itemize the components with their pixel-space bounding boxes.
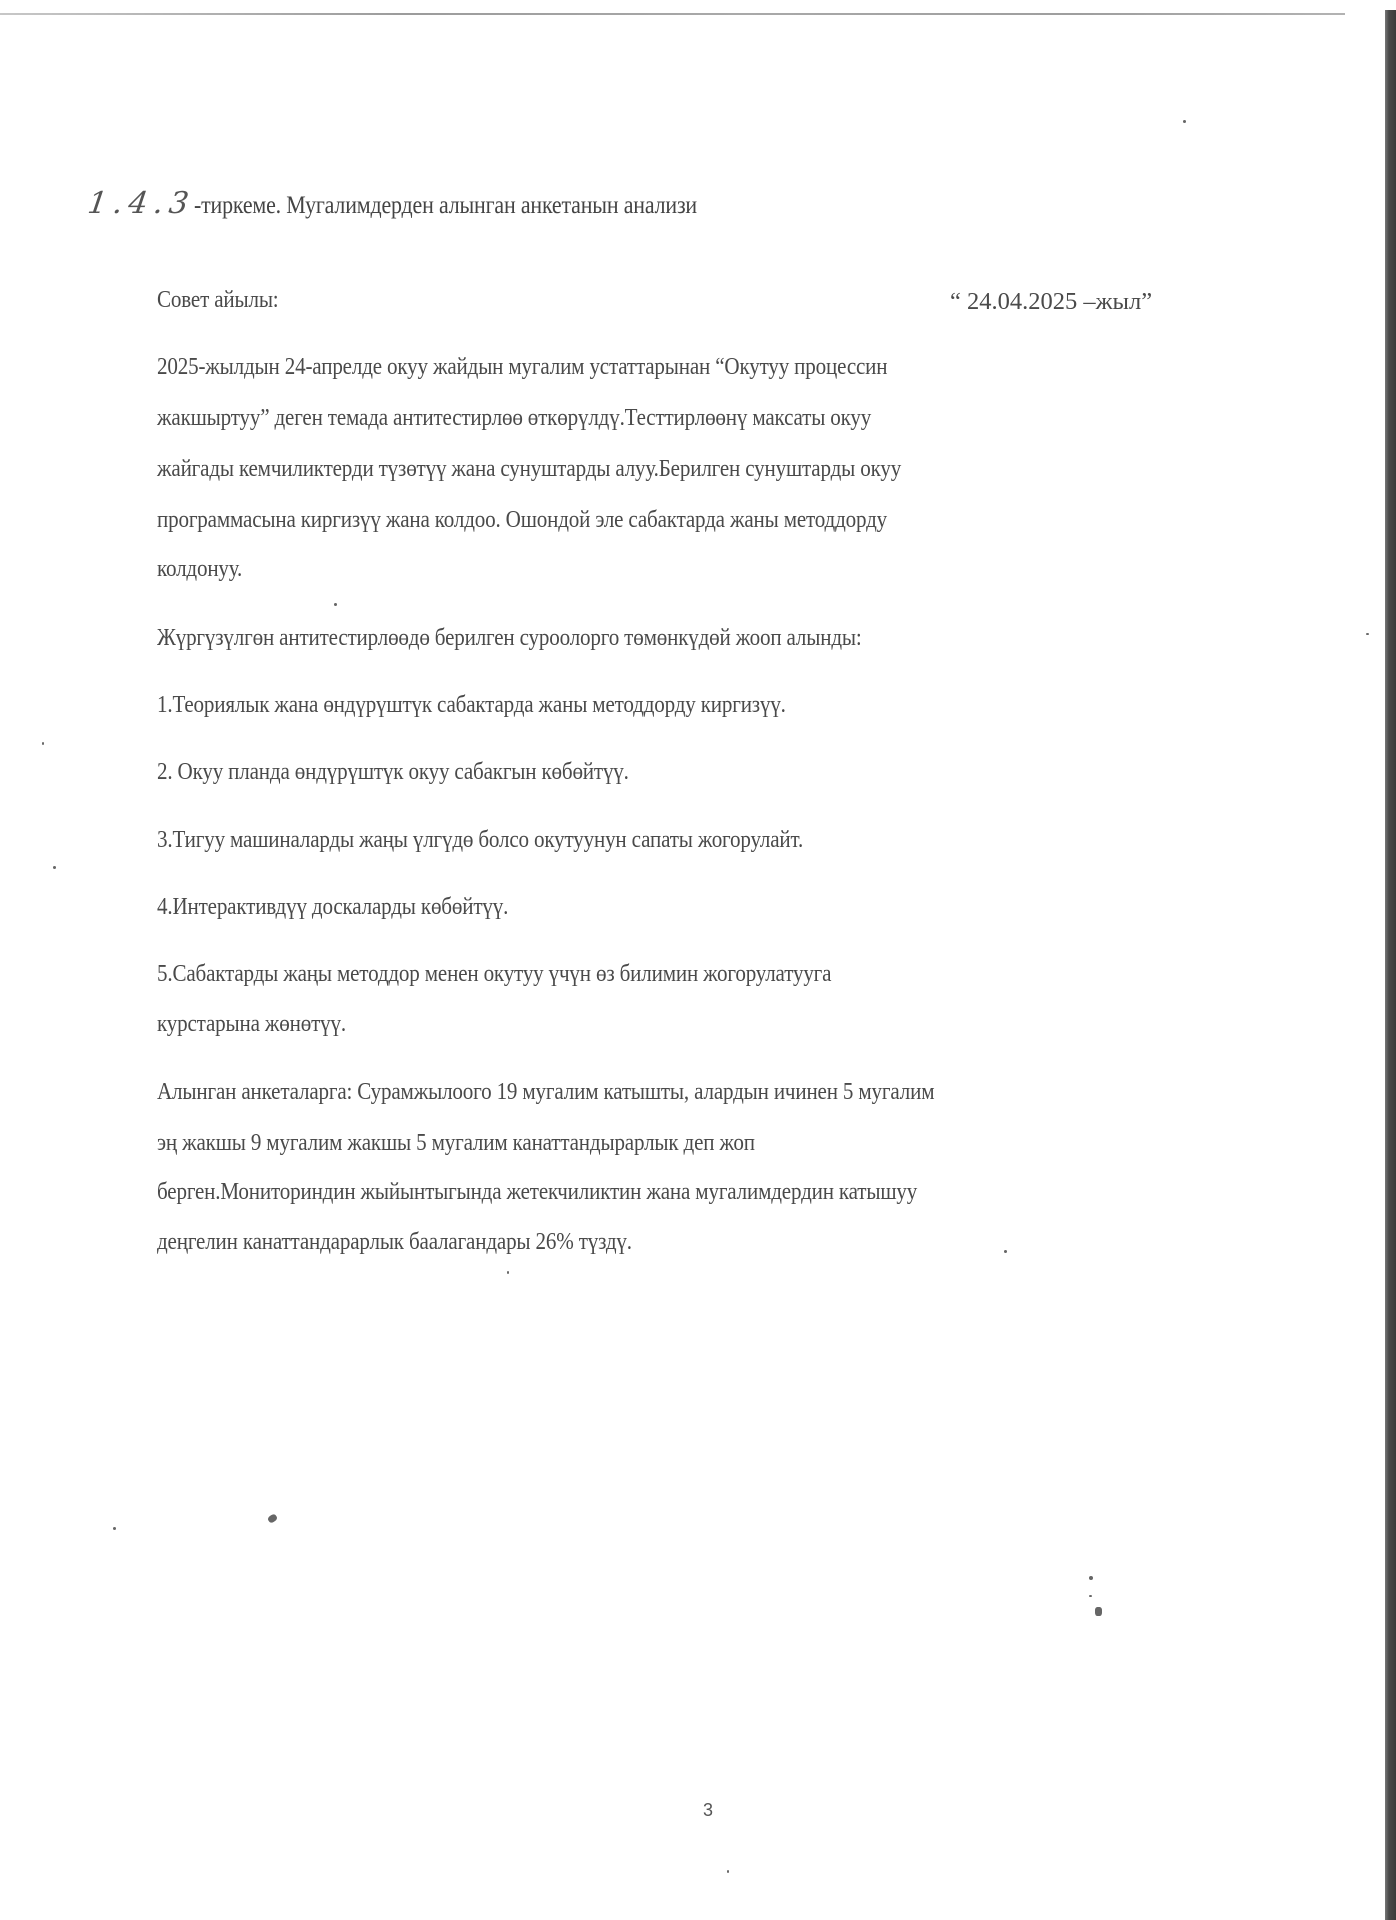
summary-line: эң жакшы 9 мугалим жакшы 5 мугалим канат… xyxy=(157,1131,755,1156)
scan-speck xyxy=(334,603,337,606)
answer-item: 5.Сабактарды жаңы методдор менен окутуу … xyxy=(157,962,831,987)
scan-speck xyxy=(113,1527,116,1530)
answer-item-continuation: курстарына жөнөтүү. xyxy=(157,1012,346,1037)
location-label: Совет айылы: xyxy=(157,288,278,313)
document-date: “ 24.04.2025 –жыл” xyxy=(950,288,1152,316)
title-text: -тиркеме. Мугалимдерден алынган анкетаны… xyxy=(194,190,697,220)
answer-item: 4.Интерактивдүү доскаларды көбөйтүү. xyxy=(157,895,508,920)
summary-line: берген.Мониториндин жыйынтыгында жетекчи… xyxy=(157,1180,917,1205)
intro-line: жайгады кемчиликтерди түзөтүү жана сунуш… xyxy=(157,457,901,482)
scan-speck xyxy=(1366,633,1369,635)
intro-line: программасына киргизүү жана колдоо. Ошон… xyxy=(157,508,887,533)
answers-intro: Жүргүзүлгөн антитестирлөөдө берилген сур… xyxy=(157,626,862,651)
page-number: 3 xyxy=(703,1800,713,1821)
answer-item: 1.Теориялык жана өндүрүштүк сабактарда ж… xyxy=(157,693,786,718)
scan-dark-edge xyxy=(1385,10,1396,1920)
answer-item: 2. Окуу планда өндүрүштүк окуу сабакгын … xyxy=(157,760,629,785)
scan-speck xyxy=(1095,1607,1102,1616)
scan-speck xyxy=(53,866,56,869)
summary-line: Алынган анкеталарга: Сурамжылоого 19 муг… xyxy=(157,1080,934,1105)
scan-speck xyxy=(507,1271,509,1274)
scan-speck xyxy=(42,742,44,745)
intro-line: жакшыртуу” деген темада антитестирлөө өт… xyxy=(157,406,871,431)
scan-speck xyxy=(1004,1250,1007,1253)
intro-line: колдонуу. xyxy=(157,557,242,582)
scan-speck xyxy=(267,1513,278,1524)
answer-item: 3.Тигуу машиналарды жаңы үлгүдө болсо ок… xyxy=(157,828,803,853)
scan-edge-line xyxy=(0,13,1345,15)
handwritten-number: 1.4.3 xyxy=(86,186,197,221)
scan-speck xyxy=(1089,1576,1093,1580)
appendix-title: 1.4.3 -тиркеме. Мугалимдерден алынган ан… xyxy=(88,186,779,221)
summary-line: деңгелин канаттандарарлык баалагандары 2… xyxy=(157,1230,632,1255)
scan-speck xyxy=(727,1870,729,1873)
scan-speck xyxy=(1183,120,1186,123)
intro-line: 2025-жылдын 24-апрелде окуу жайдын мугал… xyxy=(157,355,887,380)
scan-speck xyxy=(1089,1595,1092,1597)
